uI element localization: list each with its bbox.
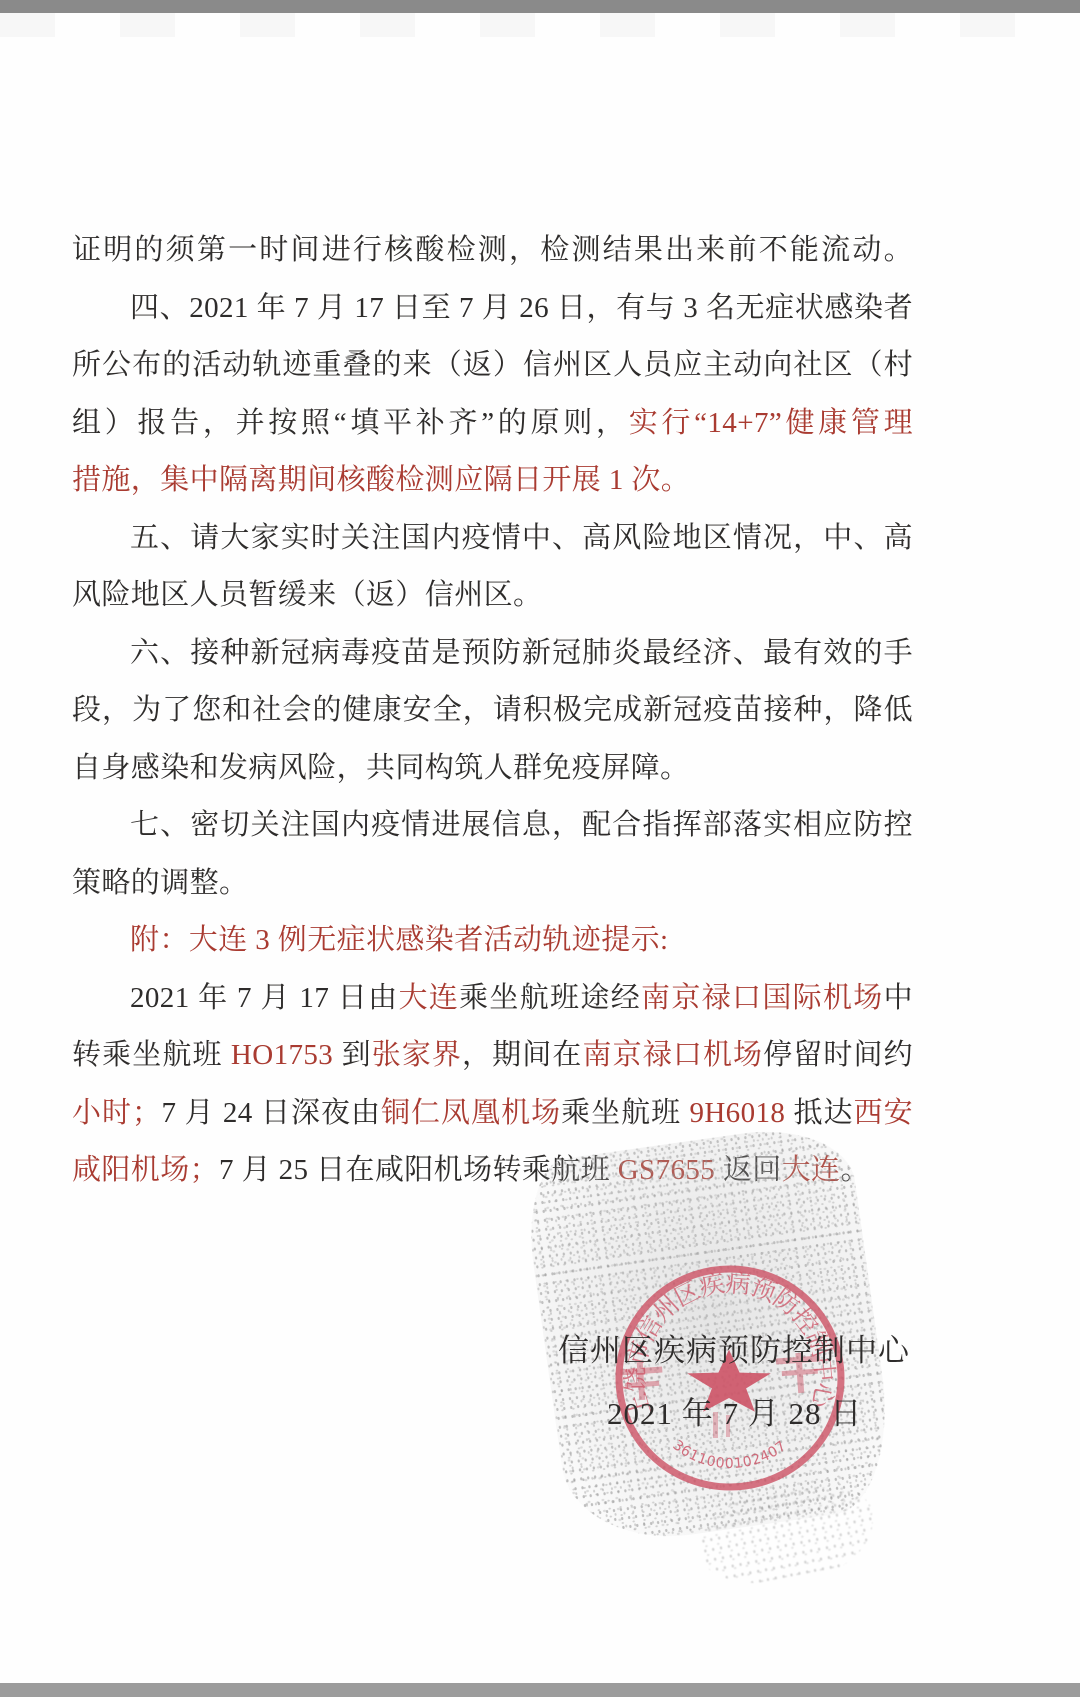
highlighted-text-segment: 张家界 [372,1039,462,1071]
document-line: 六、接种新冠病毒疫苗是预防新冠肺炎最经济、最有效的手 [72,625,913,683]
highlighted-text-segment: 南京禄口国际机场 [641,982,884,1014]
document-line: 七、密切关注国内疫情进展信息，配合指挥部落实相应防控 [72,797,913,855]
document-line: 2021 年 7 月 17 日由大连乘坐航班途经南京禄口国际机场中 [72,970,913,1028]
text-segment: 五、请大家实时关注国内疫情中、高风险地区情况，中、高 [130,522,913,554]
text-segment: 六、接种新冠病毒疫苗是预防新冠肺炎最经济、最有效的手 [130,637,913,669]
highlighted-text-segment: 9H6018 [689,1097,785,1129]
scan-edge-bottom [0,1683,1080,1697]
highlighted-text-segment: HO1753 [231,1039,333,1071]
highlighted-text-segment: 实行“14+7”健康管理 [629,407,913,439]
text-segment: 到 [333,1039,371,1071]
text-segment: 7 月 24 日深夜由 [161,1097,381,1129]
scan-edge-top [0,0,1080,13]
official-seal-stamp: 上饶市信州区疾病预防控制中心 3611000102407 [607,1262,853,1496]
text-segment: 自身感染和发病风险，共同构筑人群免疫屏障。 [72,752,689,784]
text-segment: 组）报告，并按照“填平补齐”的原则， [72,407,629,439]
highlighted-text-segment: 南京禄口机场 [583,1039,764,1071]
text-segment: 中 [884,982,913,1014]
signature-org-name: 信州区疾病预防控制中心 [558,1331,958,1371]
highlighted-text-segment: 咸阳机场； [72,1154,219,1186]
highlighted-text-segment: 措施，集中隔离期间核酸检测应隔日开展 1 次。 [72,464,690,496]
text-segment: 抵达 [785,1097,853,1129]
document-line: 风险地区人员暂缓来（返）信州区。 [72,567,913,625]
document-line: 附：大连 3 例无症状感染者活动轨迹提示: [72,912,913,970]
highlighted-text-segment: 西安 [854,1097,913,1129]
document-line: 段，为了您和社会的健康安全，请积极完成新冠疫苗接种，降低 [72,682,913,740]
document-body: 证明的须第一时间进行核酸检测，检测结果出来前不能流动。四、2021 年 7 月 … [72,222,913,1200]
seal-code-text: 3611000102407 [670,1437,790,1472]
highlighted-text-segment: 铜仁凤凰机场 [381,1097,561,1129]
document-line: 自身感染和发病风险，共同构筑人群免疫屏障。 [72,740,913,798]
text-segment: 策略的调整。 [72,867,248,899]
document-line: 五、请大家实时关注国内疫情中、高风险地区情况，中、高 [72,510,913,568]
text-segment: 所公布的活动轨迹重叠的来（返）信州区人员应主动向社区（村 [72,349,913,381]
document-line: 所公布的活动轨迹重叠的来（返）信州区人员应主动向社区（村 [72,337,913,395]
document-line: 证明的须第一时间进行核酸检测，检测结果出来前不能流动。 [72,222,913,280]
scan-edge-top-fade [0,13,1080,37]
text-segment: 段，为了您和社会的健康安全，请积极完成新冠疫苗接种，降低 [72,694,913,726]
text-segment: 2021 年 7 月 17 日由 [130,982,398,1014]
text-segment: ，期间在 [462,1039,582,1071]
signature-date: 2021 年 7 月 28 日 [607,1394,927,1434]
document-line: 转乘坐航班 HO1753 到张家界，期间在南京禄口机场停留时间约 2 [72,1027,913,1085]
scanned-document-page: 证明的须第一时间进行核酸检测，检测结果出来前不能流动。四、2021 年 7 月 … [0,0,1080,1697]
highlighted-text-segment: 大连 [398,982,459,1014]
text-segment: 七、密切关注国内疫情进展信息，配合指挥部落实相应防控 [130,809,913,841]
text-segment: 乘坐航班 [561,1097,689,1129]
document-line: 措施，集中隔离期间核酸检测应隔日开展 1 次。 [72,452,913,510]
document-line: 四、2021 年 7 月 17 日至 7 月 26 日，有与 3 名无症状感染者 [72,280,913,338]
document-line: 策略的调整。 [72,855,913,913]
text-segment: 四、2021 年 7 月 17 日至 7 月 26 日，有与 3 名无症状感染者 [130,292,913,324]
text-segment: 转乘坐航班 [72,1039,231,1071]
document-line: 组）报告，并按照“填平补齐”的原则，实行“14+7”健康管理 [72,395,913,453]
text-segment: 风险地区人员暂缓来（返）信州区。 [72,579,542,611]
text-segment: 停留时间约 [763,1039,913,1071]
text-segment: 乘坐航班途经 [459,982,641,1014]
highlighted-text-segment: 小时； [72,1097,161,1129]
highlighted-text-segment: 附：大连 3 例无症状感染者活动轨迹提示: [130,924,668,956]
text-segment: 证明的须第一时间进行核酸检测，检测结果出来前不能流动。 [72,234,913,266]
